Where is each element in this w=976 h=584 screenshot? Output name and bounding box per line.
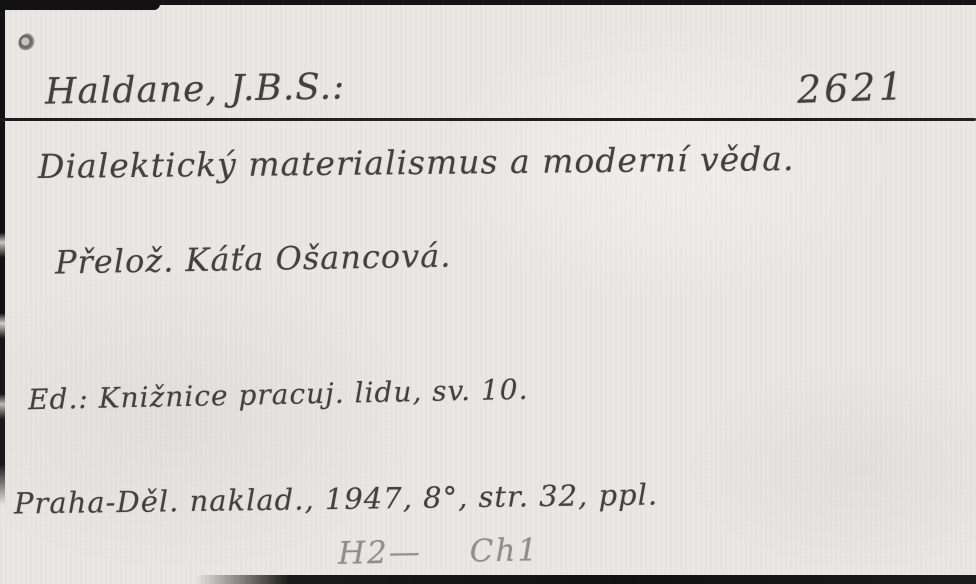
scan-left-edge bbox=[0, 0, 5, 505]
heading-row: Haldane, J.B.S.: 2621 bbox=[45, 66, 906, 110]
author-heading: Haldane, J.B.S.: bbox=[45, 66, 346, 112]
pencil-note-copy: Ch1 bbox=[469, 532, 539, 569]
imprint-line: Praha-Děl. naklad., 1947, 8°, str. 32, p… bbox=[14, 478, 659, 521]
title-line: Dialektický materialismus a moderní věda… bbox=[38, 139, 795, 186]
catalog-card: Haldane, J.B.S.: 2621 Dialektický materi… bbox=[0, 0, 976, 584]
pencil-note-shelf: H2— bbox=[338, 534, 422, 571]
scan-top-left-edge bbox=[0, 0, 160, 10]
scan-bottom-edge bbox=[195, 575, 976, 584]
ruled-line bbox=[0, 118, 976, 121]
translator-line: Přelož. Káťa Ošancová. bbox=[55, 237, 452, 282]
ink-blot bbox=[16, 32, 37, 53]
series-line: Ed.: Knižnice pracuj. lidu, sv. 10. bbox=[28, 373, 529, 416]
pencil-notes: H2— Ch1 bbox=[338, 532, 540, 572]
catalog-number: 2621 bbox=[797, 64, 907, 112]
